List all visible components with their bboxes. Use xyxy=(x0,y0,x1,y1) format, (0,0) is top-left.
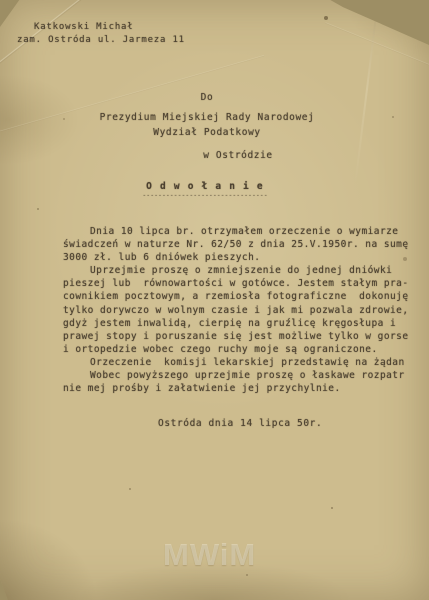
watermark-text: MWiM xyxy=(163,537,256,573)
body-line: tylko dorywczo w wolnym czasie i jak mi … xyxy=(63,304,409,317)
sender-block: Katkowski Michał zam. Ostróda ul. Jarmez… xyxy=(17,22,185,45)
body-line: Orzeczenie komisji lekarskiej przedstawi… xyxy=(63,356,409,369)
body-line: Uprzejmie proszę o zmniejszenie do jedne… xyxy=(63,264,409,277)
document-title-underline: -------------------------------- xyxy=(0,191,410,199)
body-line: i ortopedzie wobec czego ruchy moje są o… xyxy=(63,343,409,356)
recipient-block: Do Prezydium Miejskiej Rady Narodowej Wy… xyxy=(0,92,414,161)
body-line: 3000 zł. lub 6 dniówek pieszych. xyxy=(63,251,409,264)
sender-name: Katkowski Michał xyxy=(17,22,185,32)
body-line: Wobec powyższego uprzejmie proszę o łask… xyxy=(63,369,409,382)
sender-address: zam. Ostróda ul. Jarmeza 11 xyxy=(17,35,185,45)
body-line: Dnia 10 lipca br. otrzymałem orzeczenie … xyxy=(63,225,409,238)
recipient-line: Prezydium Miejskiej Rady Narodowej xyxy=(0,112,414,123)
body-line: świadczeń w naturze Nr. 62/50 z dnia 25.… xyxy=(63,238,409,251)
letter-body: Dnia 10 lipca br. otrzymałem orzeczenie … xyxy=(63,225,409,395)
body-line: gdyż jestem inwalidą, cierpię na gruźlic… xyxy=(63,317,409,330)
body-line: cownikiem pocztowym, a rzemiosła fotogra… xyxy=(63,290,409,303)
body-line: prawej stopy i poruszanie się jest możli… xyxy=(63,330,409,343)
paper-specks xyxy=(0,0,2,2)
paper-sheet: Katkowski Michał zam. Ostróda ul. Jarmez… xyxy=(0,0,429,600)
recipient-line: Wydział Podatkowy xyxy=(0,127,414,138)
paper-crease xyxy=(325,22,429,80)
document-scan: Katkowski Michał zam. Ostróda ul. Jarmez… xyxy=(0,0,429,600)
body-line: pieszej lub równowartości w gotówce. Jes… xyxy=(63,277,409,290)
recipient-line: w Ostródzie xyxy=(0,150,414,161)
date-line: Ostróda dnia 14 lipca 50r. xyxy=(158,418,322,429)
recipient-salutation: Do xyxy=(0,92,414,103)
body-line: nie mej prośby i załatwienie jej przychy… xyxy=(63,382,409,395)
